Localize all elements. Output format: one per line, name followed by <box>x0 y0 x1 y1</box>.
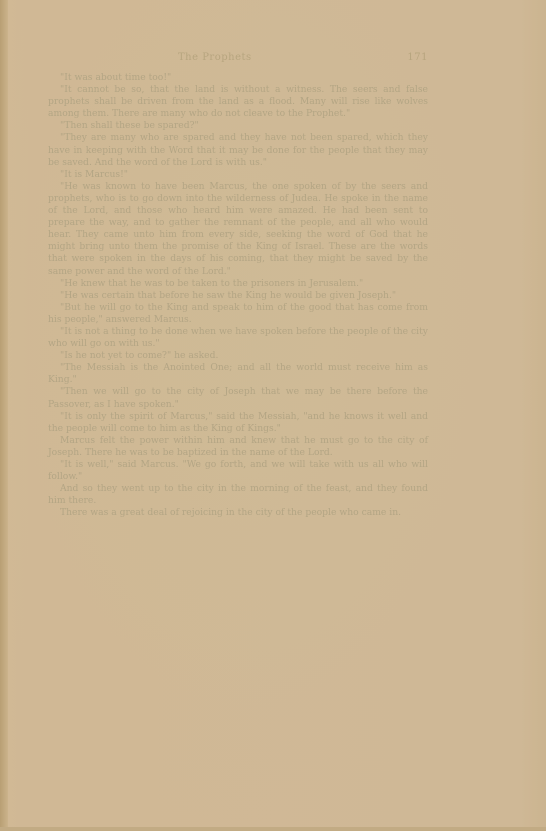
running-header: The Prophets 171 <box>48 52 428 66</box>
paragraph: "He was known to have been Marcus, the o… <box>48 181 428 278</box>
paragraph: And so they went up to the city in the m… <box>48 483 428 507</box>
running-title: The Prophets <box>178 52 252 63</box>
paragraph: There was a great deal of rejoicing in t… <box>48 507 428 519</box>
paragraph: Marcus felt the power within him and kne… <box>48 435 428 459</box>
paragraph: "It is only the spirit of Marcus," said … <box>48 411 428 435</box>
page-number: 171 <box>407 52 428 63</box>
page-bottom-edge <box>0 827 546 831</box>
paragraph: "It cannot be so, that the land is witho… <box>48 84 428 120</box>
paragraph: "It is not a thing to be done when we ha… <box>48 326 428 350</box>
page-spine-shadow <box>0 0 8 831</box>
paragraph: "The Messiah is the Anointed One; and al… <box>48 362 428 386</box>
book-page: The Prophets 171 "It was about time too!… <box>0 0 546 831</box>
paragraph: "It is Marcus!" <box>48 169 428 181</box>
paragraph: "He was certain that before he saw the K… <box>48 290 428 302</box>
paragraph: "He knew that he was to be taken to the … <box>48 278 428 290</box>
paragraph: "It is well," said Marcus. "We go forth,… <box>48 459 428 483</box>
paragraph: "They are many who are spared and they h… <box>48 132 428 168</box>
paragraph: "It was about time too!" <box>48 72 428 84</box>
paragraph: "But he will go to the King and speak to… <box>48 302 428 326</box>
paragraph: "Then shall these be spared?" <box>48 120 428 132</box>
paragraph: "Is he not yet to come?" he asked. <box>48 350 428 362</box>
body-text: "It was about time too!""It cannot be so… <box>48 72 428 519</box>
paragraph: "Then we will go to the city of Joseph t… <box>48 386 428 410</box>
